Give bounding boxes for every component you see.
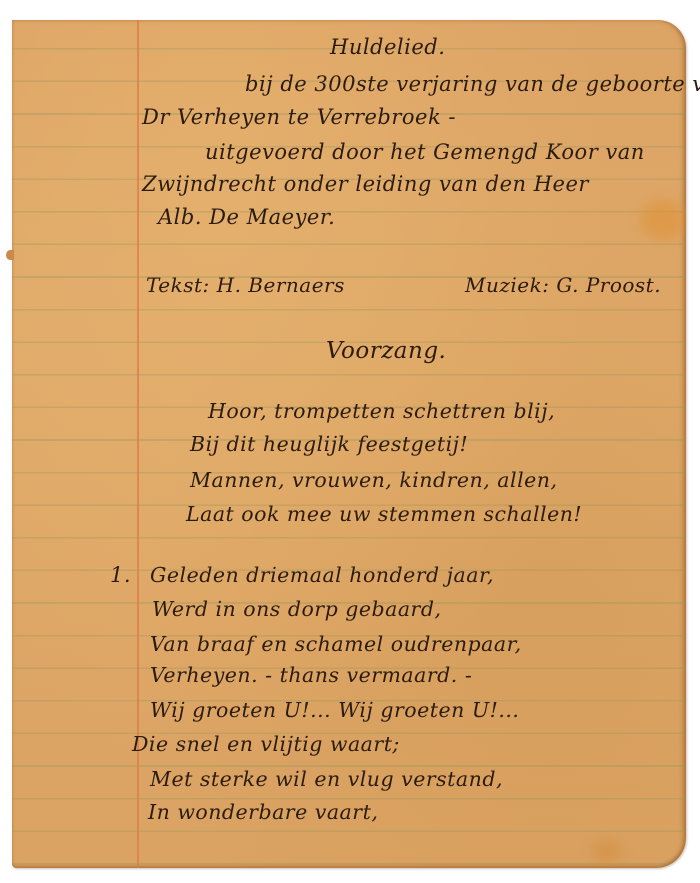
prelude-line: Mannen, vrouwen, kindren, allen, (190, 468, 557, 492)
paper-stain (592, 840, 622, 862)
header-line-2: Dr Verheyen te Verrebroek - (142, 105, 456, 129)
prelude-line: Laat ook mee uw stemmen schallen! (186, 502, 582, 526)
stanza-line: Wij groeten U!... Wij groeten U!... (150, 698, 519, 722)
stanza-line: Van braaf en schamel oudrenpaar, (150, 632, 522, 656)
prelude-line: Hoor, trompetten schettren blij, (208, 399, 555, 423)
stanza-line: Verheyen. - thans vermaard. - (150, 663, 472, 687)
music-credit: Muziek: G. Proost. (465, 273, 661, 297)
stanza-line: Die snel en vlijtig waart; (132, 732, 400, 756)
stanza-line: Werd in ons dorp gebaard, (152, 597, 442, 621)
stanza-line: Geleden driemaal honderd jaar, (150, 563, 494, 587)
stanza-line: In wonderbare vaart, (148, 800, 378, 824)
song-title: Huldelied. (330, 35, 445, 59)
paper-stain (640, 200, 686, 240)
stanza-line: Met sterke wil en vlug verstand, (150, 767, 503, 791)
page-edge-notch (6, 250, 14, 260)
prelude-heading: Voorzang. (326, 338, 446, 364)
stanza-number: 1. (110, 563, 131, 587)
prelude-line: Bij dit heuglijk feestgetij! (190, 432, 468, 456)
lyrics-credit: Tekst: H. Bernaers (146, 273, 345, 297)
header-line-1: bij de 300ste verjaring van de geboorte … (245, 72, 700, 96)
header-line-5: Alb. De Maeyer. (158, 205, 335, 229)
header-line-3: uitgevoerd door het Gemengd Koor van (205, 140, 645, 164)
header-line-4: Zwijndrecht onder leiding van den Heer (142, 172, 589, 196)
